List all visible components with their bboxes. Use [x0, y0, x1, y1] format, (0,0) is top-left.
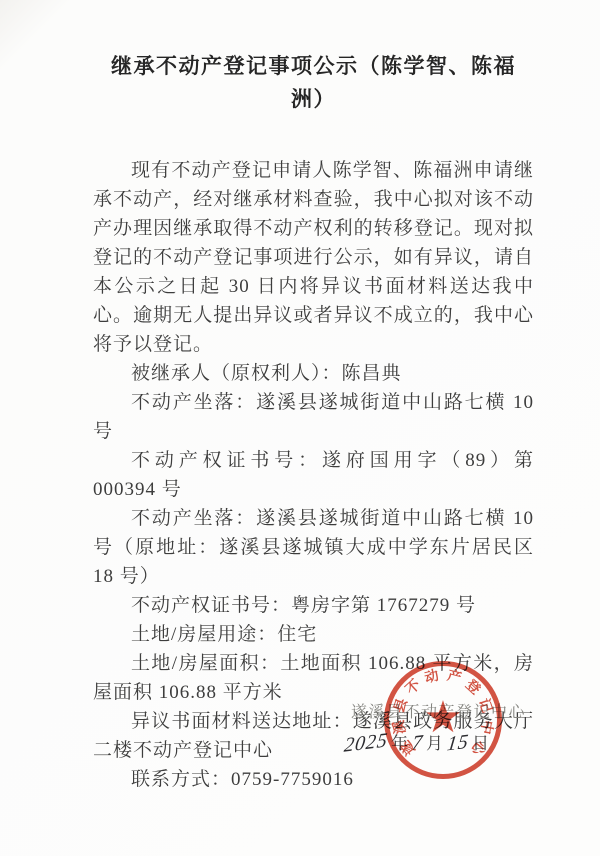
document-page: 继承不动产登记事项公示（陈学智、陈福 洲） 现有不动产登记申请人陈学智、陈福洲申… — [0, 0, 600, 856]
seal-arc-char: 县 — [393, 697, 411, 715]
document-title: 继承不动产登记事项公示（陈学智、陈福 洲） — [93, 0, 534, 116]
seal-arc-char: 心 — [467, 737, 487, 757]
official-seal: ★ 遂溪县不动产登记中心 — [384, 661, 502, 779]
title-line-1: 继承不动产登记事项公示（陈学智、陈福 — [111, 54, 516, 78]
seal-arc-char: 记 — [475, 697, 493, 715]
paragraph: 现有不动产登记申请人陈学智、陈福洲申请继承不动产，经对继承材料查验，我中心拟对该… — [93, 156, 534, 359]
paragraph: 土地/房屋用途：住宅 — [93, 620, 534, 649]
seal-arc-char: 遂 — [399, 737, 419, 757]
paragraph: 不动产权证书号：粤房字第 1767279 号 — [93, 591, 534, 620]
handwritten-year: 2025 — [343, 729, 390, 758]
seal-arc-char: 登 — [462, 678, 482, 698]
title-line-2: 洲） — [291, 87, 336, 111]
paragraph: 不动产坐落：遂溪县遂城街道中山路七横 10 号 — [93, 388, 534, 446]
paragraph: 不动产权证书号：遂府国用字（89）第 000394 号 — [93, 446, 534, 504]
seal-arc-char: 动 — [424, 670, 441, 687]
seal-arc-char: 产 — [445, 670, 462, 687]
seal-arc-char: 不 — [404, 678, 424, 698]
seal-arc-char: 中 — [477, 719, 493, 735]
paragraph: 不动产坐落：遂溪县遂城街道中山路七横 10 号（原地址：遂溪县遂城镇大成中学东片… — [93, 504, 534, 591]
seal-star-icon: ★ — [423, 696, 462, 740]
paragraph: 被继承人（原权利人）：陈昌典 — [93, 359, 534, 388]
seal-arc-char: 溪 — [393, 719, 409, 735]
